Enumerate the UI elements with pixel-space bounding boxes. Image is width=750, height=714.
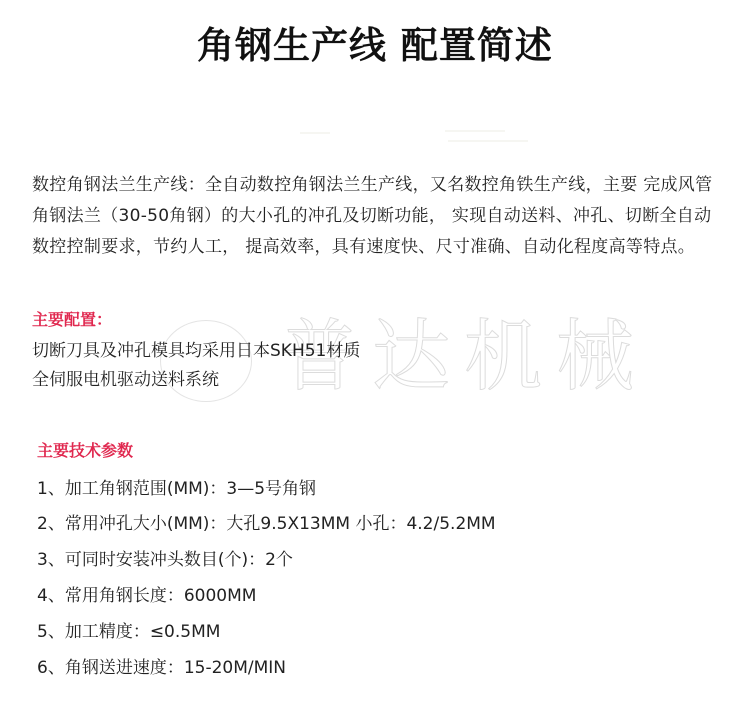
param-item: 3、可同时安装冲头数目(个)：2个 xyxy=(37,548,293,572)
param-item: 5、加工精度：≤0.5MM xyxy=(37,620,220,644)
config-item: 全伺服电机驱动送料系统 xyxy=(32,368,219,392)
intro-paragraph: 数控角钢法兰生产线：全自动数控角钢法兰生产线，又名数控角铁生产线，主要 完成风管… xyxy=(32,170,722,263)
decorative-line xyxy=(445,130,505,132)
params-heading: 主要技术参数 xyxy=(37,440,133,462)
param-item: 6、角钢送进速度：15-20M/MIN xyxy=(37,656,286,680)
config-item: 切断刀具及冲孔模具均采用日本SKH51材质 xyxy=(32,339,360,363)
param-item: 2、常用冲孔大小(MM)：大孔9.5X13MM 小孔：4.2/5.2MM xyxy=(37,512,496,536)
param-item: 4、常用角钢长度：6000MM xyxy=(37,584,256,608)
param-item: 1、加工角钢范围(MM)：3—5号角钢 xyxy=(37,477,316,501)
page-title: 角钢生产线 配置简述 xyxy=(0,22,750,70)
config-heading: 主要配置： xyxy=(32,309,112,331)
decorative-line xyxy=(448,140,528,142)
decorative-line xyxy=(300,132,330,134)
